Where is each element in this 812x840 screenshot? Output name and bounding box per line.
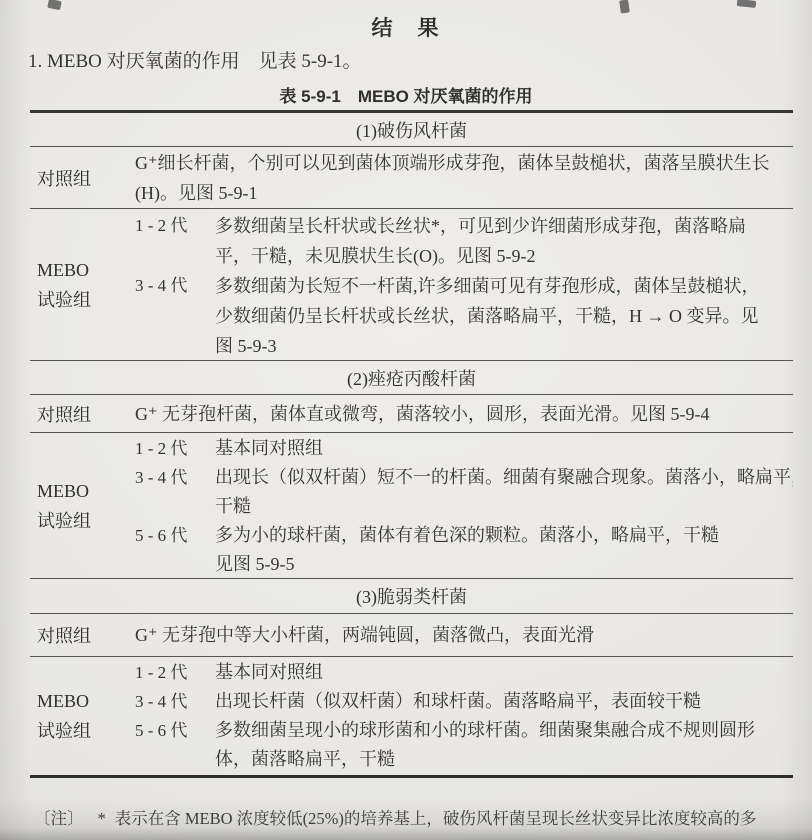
anaerobe-table: (1)破伤风杆菌 对照组 G⁺细长杆菌，个别可以见到菌体顶端形成芽孢，菌体呈鼓槌… bbox=[30, 110, 793, 778]
generation-entry: 5 - 6 代 多为小的球杆菌，菌体有着色深的颗粒。菌落小，略扁平，干糙 见图 … bbox=[135, 521, 793, 579]
control-description: G⁺ 无芽孢杆菌，菌体直或微弯，菌落较小，圆形，表面光滑。见图 5-9-4 bbox=[135, 395, 793, 432]
section-3-header-row: (3)脆弱类杆菌 bbox=[30, 579, 793, 614]
section-2-mebo-row: MEBO 试验组 1 - 2 代 基本同对照组 3 - 4 代 出现长（似双杆菌… bbox=[30, 433, 793, 579]
table-footnote: 〔注〕*表示在含 MEBO 浓度较低(25%)的培养基上，破伤风杆菌呈现长丝状变… bbox=[34, 805, 802, 829]
mebo-label-line2: 试验组 bbox=[37, 506, 135, 536]
generation-description: 多数细菌呈长杆状或长丝状*，可见到少许细菌形成芽孢，菌落略扁 平，干糙，未见膜状… bbox=[215, 211, 793, 271]
desc-line: 多数细菌为长短不一杆菌,许多细菌可见有芽孢形成，菌体呈鼓槌状， bbox=[215, 271, 793, 301]
mebo-group-label: MEBO 试验组 bbox=[30, 657, 135, 775]
desc-line: 出现长（似双杆菌）短不一的杆菌。细菌有聚融合现象。菌落小，略扁平， bbox=[215, 463, 793, 492]
section-3-mebo-row: MEBO 试验组 1 - 2 代 基本同对照组 3 - 4 代 出现长杆菌（似双… bbox=[30, 657, 793, 775]
desc-line: 多数细菌呈长杆状或长丝状*，可见到少许细菌形成芽孢，菌落略扁 bbox=[215, 211, 793, 241]
generation-label: 5 - 6 代 bbox=[135, 521, 215, 579]
control-group-label: 对照组 bbox=[30, 614, 135, 656]
section-3-header: (3)脆弱类杆菌 bbox=[356, 583, 467, 609]
mebo-label-line2: 试验组 bbox=[37, 285, 135, 315]
intro-line: 1. MEBO 对厌氧菌的作用 见表 5-9-1。 bbox=[28, 46, 362, 73]
generation-label: 1 - 2 代 bbox=[135, 658, 215, 687]
section-2-control-row: 对照组 G⁺ 无芽孢杆菌，菌体直或微弯，菌落较小，圆形，表面光滑。见图 5-9-… bbox=[30, 395, 793, 433]
footnote-tag: 〔注〕 bbox=[34, 809, 84, 828]
generation-entry: 1 - 2 代 多数细菌呈长杆状或长丝状*，可见到少许细菌形成芽孢，菌落略扁 平… bbox=[135, 211, 793, 271]
generation-description: 出现长（似双杆菌）短不一的杆菌。细菌有聚融合现象。菌落小，略扁平， 干糙 bbox=[215, 463, 793, 521]
generation-description: 多数细菌为长短不一杆菌,许多细菌可见有芽孢形成，菌体呈鼓槌状， 少数细菌仍呈长杆… bbox=[215, 271, 793, 361]
control-group-label: 对照组 bbox=[30, 395, 135, 432]
mebo-label-line1: MEBO bbox=[37, 476, 135, 506]
generation-entry: 1 - 2 代 基本同对照组 bbox=[135, 658, 793, 687]
generation-description: 多数细菌呈现小的球形菌和小的球杆菌。细菌聚集融合成不规则圆形 体，菌落略扁平，干… bbox=[215, 716, 793, 774]
desc-line: 见图 5-9-5 bbox=[215, 550, 793, 579]
control-desc-line: G⁺细长杆菌，个别可以见到菌体顶端形成芽孢，菌体呈鼓槌状，菌落呈膜状生长 bbox=[135, 148, 793, 178]
mebo-entries: 1 - 2 代 基本同对照组 3 - 4 代 出现长（似双杆菌）短不一的杆菌。细… bbox=[135, 433, 793, 578]
mebo-group-label: MEBO 试验组 bbox=[30, 433, 135, 578]
desc-line: 干糙 bbox=[215, 492, 793, 521]
generation-entry: 3 - 4 代 出现长（似双杆菌）短不一的杆菌。细菌有聚融合现象。菌落小，略扁平… bbox=[135, 463, 793, 521]
section-2-header: (2)痤疮丙酸杆菌 bbox=[347, 365, 476, 391]
table-caption: 表 5-9-1 MEBO 对厌氧菌的作用 bbox=[0, 82, 812, 107]
section-1-header-row: (1)破伤风杆菌 bbox=[30, 113, 793, 147]
desc-line: 图 5-9-3 bbox=[215, 331, 793, 361]
generation-label: 1 - 2 代 bbox=[135, 211, 215, 271]
scan-artifact bbox=[737, 0, 757, 8]
scan-artifact bbox=[47, 0, 62, 10]
generation-label: 3 - 4 代 bbox=[135, 463, 215, 521]
page-title: 结 果 bbox=[0, 12, 812, 42]
desc-line: 体，菌落略扁平，干糙 bbox=[215, 745, 793, 774]
generation-entry: 3 - 4 代 出现长杆菌（似双杆菌）和球杆菌。菌落略扁平，表面较干糙 bbox=[135, 687, 793, 716]
footnote-text: 表示在含 MEBO 浓度较低(25%)的培养基上，破伤风杆菌呈现长丝状变异比浓度… bbox=[115, 809, 757, 828]
mebo-label-line1: MEBO bbox=[37, 686, 135, 716]
section-1-header: (1)破伤风杆菌 bbox=[356, 117, 467, 143]
generation-label: 5 - 6 代 bbox=[135, 716, 215, 774]
control-group-label: 对照组 bbox=[30, 147, 135, 208]
control-description: G⁺细长杆菌，个别可以见到菌体顶端形成芽孢，菌体呈鼓槌状，菌落呈膜状生长 (H)… bbox=[135, 147, 793, 208]
generation-label: 3 - 4 代 bbox=[135, 271, 215, 361]
generation-label: 1 - 2 代 bbox=[135, 434, 215, 463]
desc-line: 平，干糙，未见膜状生长(O)。见图 5-9-2 bbox=[215, 241, 793, 271]
mebo-label-line1: MEBO bbox=[37, 255, 135, 285]
control-description: G⁺ 无芽孢中等大小杆菌，两端钝圆，菌落微凸，表面光滑 bbox=[135, 614, 793, 656]
desc-line: 多数细菌呈现小的球形菌和小的球杆菌。细菌聚集融合成不规则圆形 bbox=[215, 716, 793, 745]
generation-entry: 1 - 2 代 基本同对照组 bbox=[135, 434, 793, 463]
generation-entry: 3 - 4 代 多数细菌为长短不一杆菌,许多细菌可见有芽孢形成，菌体呈鼓槌状， … bbox=[135, 271, 793, 361]
generation-description: 多为小的球杆菌，菌体有着色深的颗粒。菌落小，略扁平，干糙 见图 5-9-5 bbox=[215, 521, 793, 579]
desc-line: 少数细菌仍呈长杆状或长丝状，菌落略扁平，干糙，H → O 变异。见 bbox=[215, 301, 793, 331]
footnote-marker: * bbox=[98, 809, 106, 828]
desc-line: 多为小的球杆菌，菌体有着色深的颗粒。菌落小，略扁平，干糙 bbox=[215, 521, 793, 550]
desc-line: 基本同对照组 bbox=[215, 434, 793, 463]
control-desc-line: G⁺ 无芽孢中等大小杆菌，两端钝圆，菌落微凸，表面光滑 bbox=[135, 620, 793, 650]
scanned-page: 结 果 1. MEBO 对厌氧菌的作用 见表 5-9-1。 表 5-9-1 ME… bbox=[0, 0, 812, 840]
generation-label: 3 - 4 代 bbox=[135, 687, 215, 716]
section-3-control-row: 对照组 G⁺ 无芽孢中等大小杆菌，两端钝圆，菌落微凸，表面光滑 bbox=[30, 614, 793, 657]
desc-line: 基本同对照组 bbox=[215, 658, 793, 687]
mebo-entries: 1 - 2 代 基本同对照组 3 - 4 代 出现长杆菌（似双杆菌）和球杆菌。菌… bbox=[135, 657, 793, 775]
generation-entry: 5 - 6 代 多数细菌呈现小的球形菌和小的球杆菌。细菌聚集融合成不规则圆形 体… bbox=[135, 716, 793, 774]
desc-line: 出现长杆菌（似双杆菌）和球杆菌。菌落略扁平，表面较干糙 bbox=[215, 687, 793, 716]
section-2-header-row: (2)痤疮丙酸杆菌 bbox=[30, 361, 793, 395]
mebo-group-label: MEBO 试验组 bbox=[30, 209, 135, 360]
generation-description: 出现长杆菌（似双杆菌）和球杆菌。菌落略扁平，表面较干糙 bbox=[215, 687, 793, 716]
mebo-entries: 1 - 2 代 多数细菌呈长杆状或长丝状*，可见到少许细菌形成芽孢，菌落略扁 平… bbox=[135, 209, 793, 360]
section-1-mebo-row: MEBO 试验组 1 - 2 代 多数细菌呈长杆状或长丝状*，可见到少许细菌形成… bbox=[30, 209, 793, 361]
section-1-control-row: 对照组 G⁺细长杆菌，个别可以见到菌体顶端形成芽孢，菌体呈鼓槌状，菌落呈膜状生长… bbox=[30, 147, 793, 209]
generation-description: 基本同对照组 bbox=[215, 434, 793, 463]
control-desc-line: (H)。见图 5-9-1 bbox=[135, 178, 793, 208]
mebo-label-line2: 试验组 bbox=[37, 716, 135, 746]
control-desc-line: G⁺ 无芽孢杆菌，菌体直或微弯，菌落较小，圆形，表面光滑。见图 5-9-4 bbox=[135, 399, 793, 429]
generation-description: 基本同对照组 bbox=[215, 658, 793, 687]
